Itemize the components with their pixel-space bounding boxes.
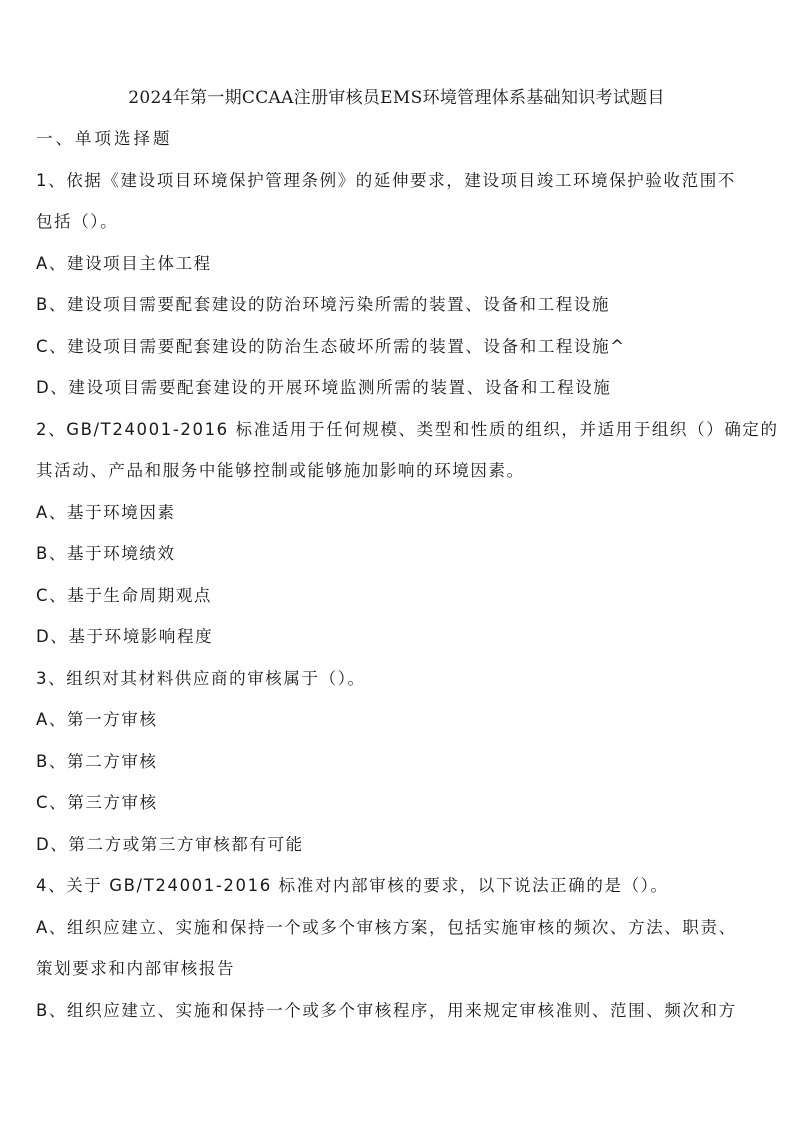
question-2-option-a: A、基于环境因素 bbox=[36, 499, 176, 527]
question-4-option-a-line-1: A、组织应建立、实施和保持一个或多个审核方案，包括实施审核的频次、方法、职责、 bbox=[36, 914, 737, 942]
question-1-stem-line-2: 包括（）。 bbox=[36, 208, 118, 236]
section-heading: 一、单项选择题 bbox=[36, 125, 173, 153]
question-3-option-d: D、第二方或第三方审核都有可能 bbox=[36, 831, 304, 859]
question-3-option-b: B、第二方审核 bbox=[36, 748, 158, 776]
question-1-stem-line-1: 1、依据《建设项目环境保护管理条例》的延伸要求，建设项目竣工环境保护验收范围不 bbox=[36, 167, 736, 195]
question-3-option-a: A、第一方审核 bbox=[36, 706, 158, 734]
question-3-stem: 3、组织对其材料供应商的审核属于（）。 bbox=[36, 665, 366, 693]
question-3-option-c: C、第三方审核 bbox=[36, 789, 158, 817]
question-1-option-d: D、建设项目需要配套建设的开展环境监测所需的装置、设备和工程设施 bbox=[36, 374, 611, 402]
question-4-stem: 4、关于 GB/T24001-2016 标准对内部审核的要求，以下说法正确的是（… bbox=[36, 872, 669, 900]
question-1-option-c: C、建设项目需要配套建设的防治生态破坏所需的装置、设备和工程设施^ bbox=[36, 333, 626, 361]
question-4-option-b-line-1: B、组织应建立、实施和保持一个或多个审核程序，用来规定审核准则、范围、频次和方 bbox=[36, 997, 737, 1025]
question-2-option-b: B、基于环境绩效 bbox=[36, 540, 176, 568]
document-page: 2024年第一期CCAA注册审核员EMS环境管理体系基础知识考试题目 一、单项选… bbox=[0, 0, 793, 1122]
question-1-option-a: A、建设项目主体工程 bbox=[36, 250, 212, 278]
question-2-option-d: D、基于环境影响程度 bbox=[36, 623, 213, 651]
question-2-stem-line-2: 其活动、产品和服务中能够控制或能够施加影响的环境因素。 bbox=[36, 457, 525, 485]
question-1-option-b: B、建设项目需要配套建设的防治环境污染所需的装置、设备和工程设施 bbox=[36, 291, 610, 319]
question-2-option-c: C、基于生命周期观点 bbox=[36, 582, 212, 610]
question-2-stem-line-1: 2、GB/T24001-2016 标准适用于任何规模、类型和性质的组织，并适用于… bbox=[36, 416, 779, 444]
question-4-option-a-line-2: 策划要求和内部审核报告 bbox=[36, 955, 235, 983]
document-title: 2024年第一期CCAA注册审核员EMS环境管理体系基础知识考试题目 bbox=[0, 84, 793, 112]
